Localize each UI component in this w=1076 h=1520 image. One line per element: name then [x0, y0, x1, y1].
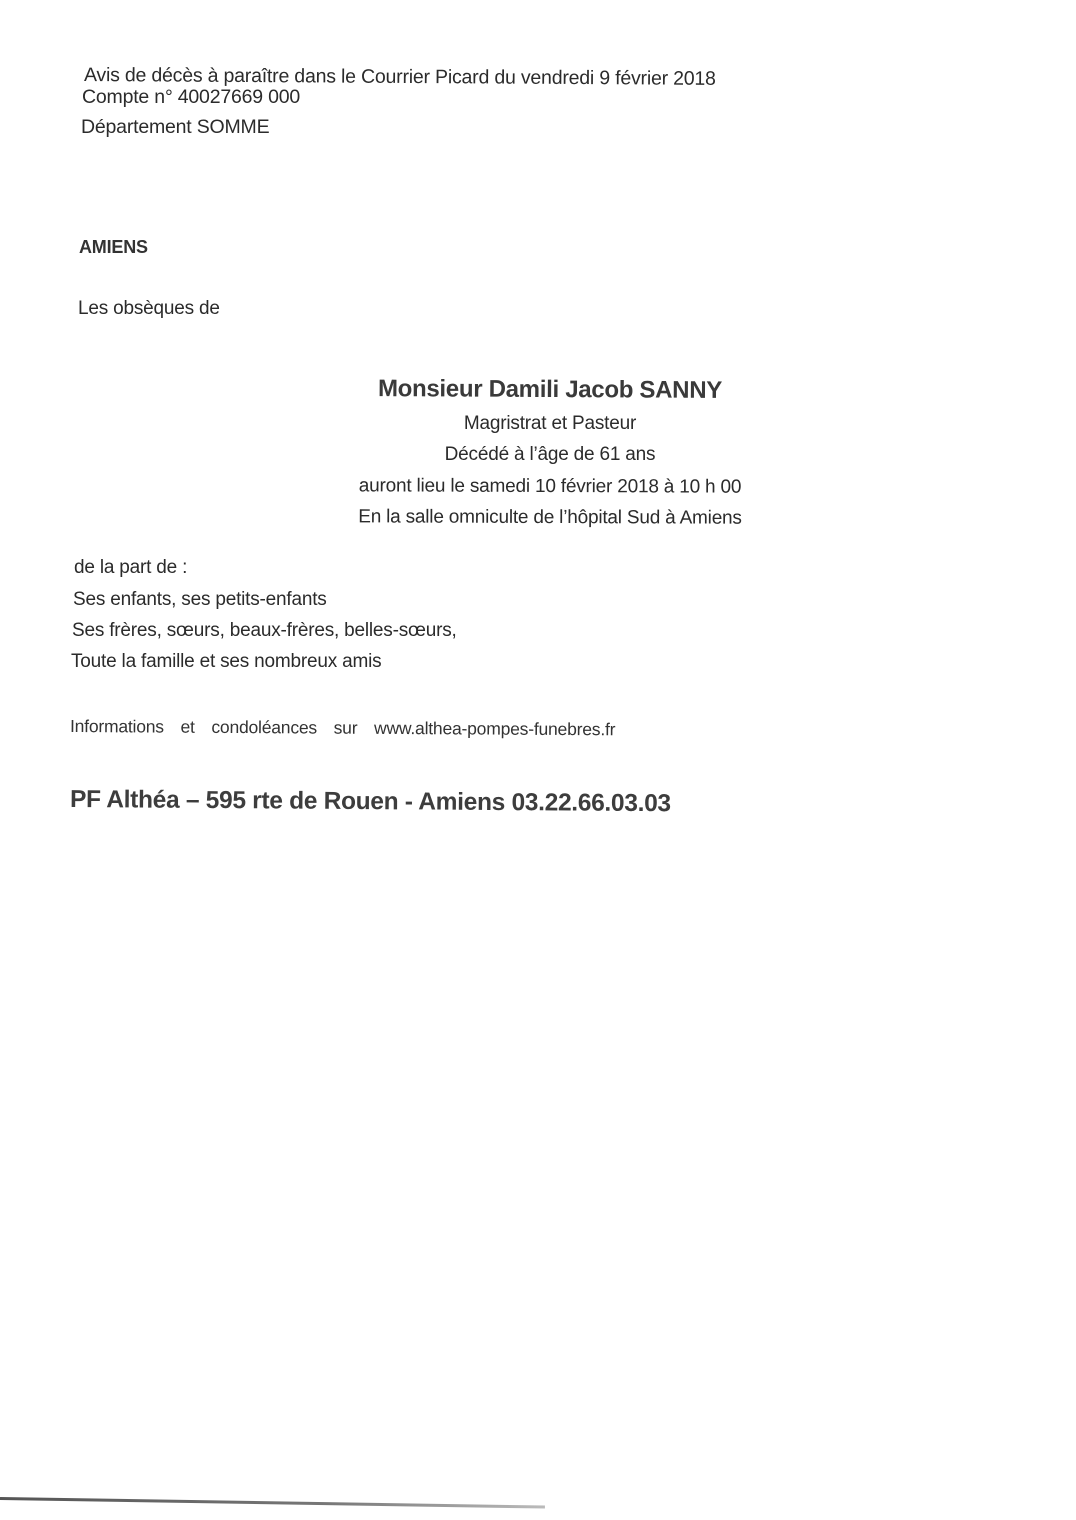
- intro-text: Les obsèques de: [78, 298, 220, 320]
- info-text: Informations et condoléances sur: [70, 716, 358, 738]
- account-number: Compte n° 40027669 000: [82, 86, 300, 109]
- deceased-age: Décédé à l’âge de 61 ans: [340, 444, 760, 466]
- info-line: Informations et condoléances sur www.alt…: [70, 716, 615, 740]
- ceremony-date: auront lieu le samedi 10 février 2018 à …: [340, 475, 760, 498]
- scan-edge-line: [0, 1497, 545, 1509]
- family-line: Ses frères, sœurs, beaux-frères, belles-…: [72, 620, 457, 642]
- website-link[interactable]: www.althea-pompes-funebres.fr: [374, 718, 615, 739]
- deceased-occupation: Magristrat et Pasteur: [340, 413, 760, 435]
- funeral-home-contact: PF Althéa – 595 rte de Rouen - Amiens 03…: [70, 786, 671, 818]
- deceased-name: Monsieur Damili Jacob SANNY: [340, 375, 760, 405]
- family-line: Ses enfants, ses petits-enfants: [73, 589, 327, 611]
- ceremony-place: En la salle omniculte de l’hôpital Sud à…: [340, 506, 760, 529]
- family-label: de la part de :: [74, 557, 187, 579]
- family-line: Toute la famille et ses nombreux amis: [71, 651, 381, 673]
- department: Département SOMME: [81, 116, 269, 139]
- city-heading: AMIENS: [79, 237, 148, 258]
